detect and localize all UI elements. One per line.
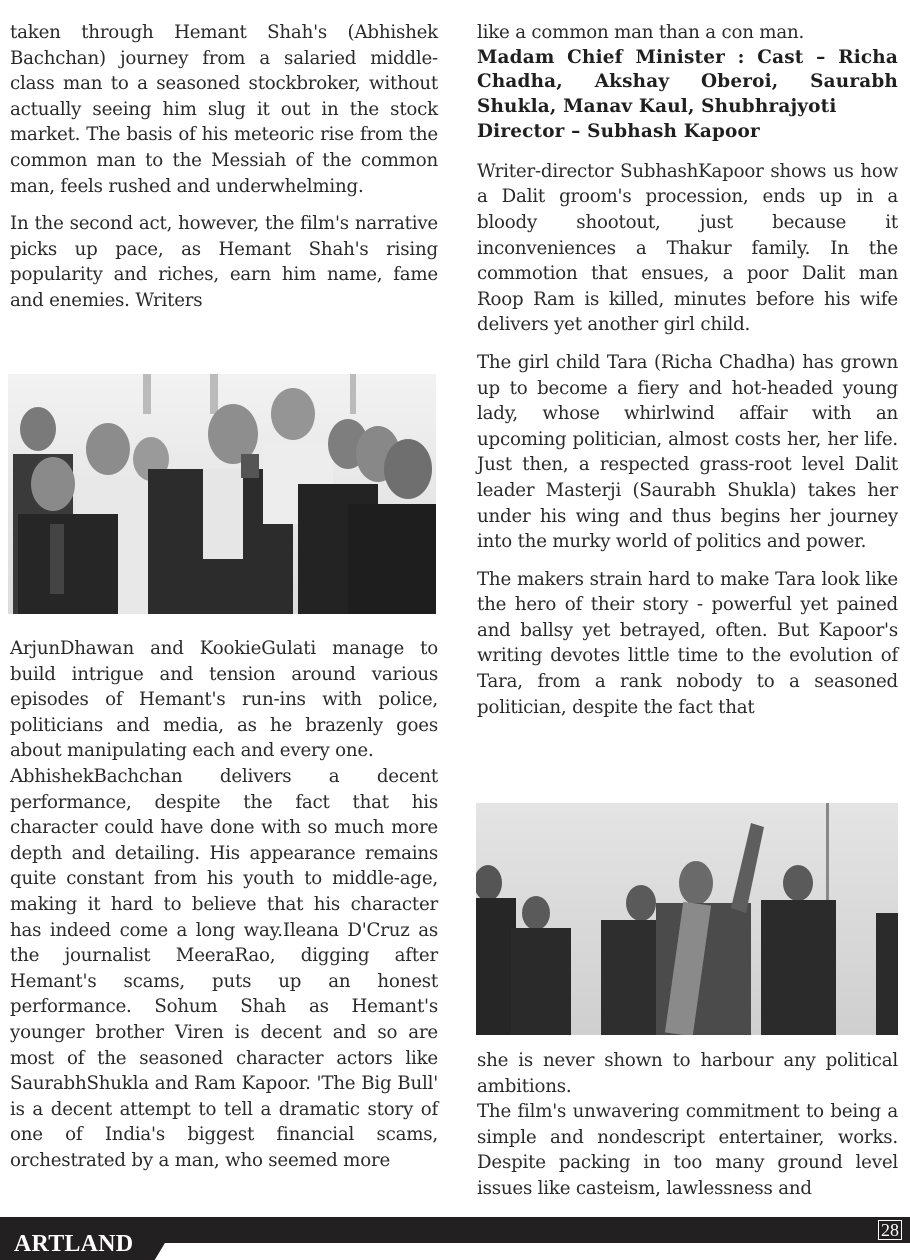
- magazine-brand: ARTLAND: [14, 1231, 133, 1258]
- article-paragraph: AbhishekBachchan delivers a decent perfo…: [10, 764, 438, 1174]
- article-paragraph: The makers strain hard to make Tara look…: [477, 567, 898, 721]
- article-paragraph: The film's unwavering commitment to bein…: [477, 1099, 898, 1201]
- article-paragraph: The girl child Tara (Richa Chadha) has g…: [477, 350, 898, 555]
- review-heading-cast: Madam Chief Minister : Cast – Richa Chad…: [477, 46, 898, 120]
- article-paragraph: ArjunDhawan and KookieGulati manage to b…: [10, 636, 438, 764]
- film-still-image: [476, 803, 898, 1035]
- photo-big-bull: [8, 374, 436, 614]
- left-column-lower: ArjunDhawan and KookieGulati manage to b…: [10, 636, 438, 1173]
- left-column: taken through Hemant Shah's (Abhishek Ba…: [10, 0, 438, 314]
- film-still-image: [8, 374, 436, 614]
- page-number: 28: [878, 1220, 902, 1240]
- article-paragraph: taken through Hemant Shah's (Abhishek Ba…: [10, 20, 438, 199]
- review-heading-director: Director – Subhash Kapoor: [477, 120, 898, 145]
- right-column: like a common man than a con man. Madam …: [477, 0, 898, 720]
- photo-madam-chief-minister: [476, 803, 898, 1035]
- article-paragraph: Writer-director SubhashKapoor shows us h…: [477, 159, 898, 338]
- article-paragraph: In the second act, however, the film's n…: [10, 211, 438, 313]
- right-column-lower: she is never shown to harbour any politi…: [477, 1048, 898, 1202]
- article-paragraph: she is never shown to harbour any politi…: [477, 1048, 898, 1099]
- article-paragraph: like a common man than a con man.: [477, 20, 898, 46]
